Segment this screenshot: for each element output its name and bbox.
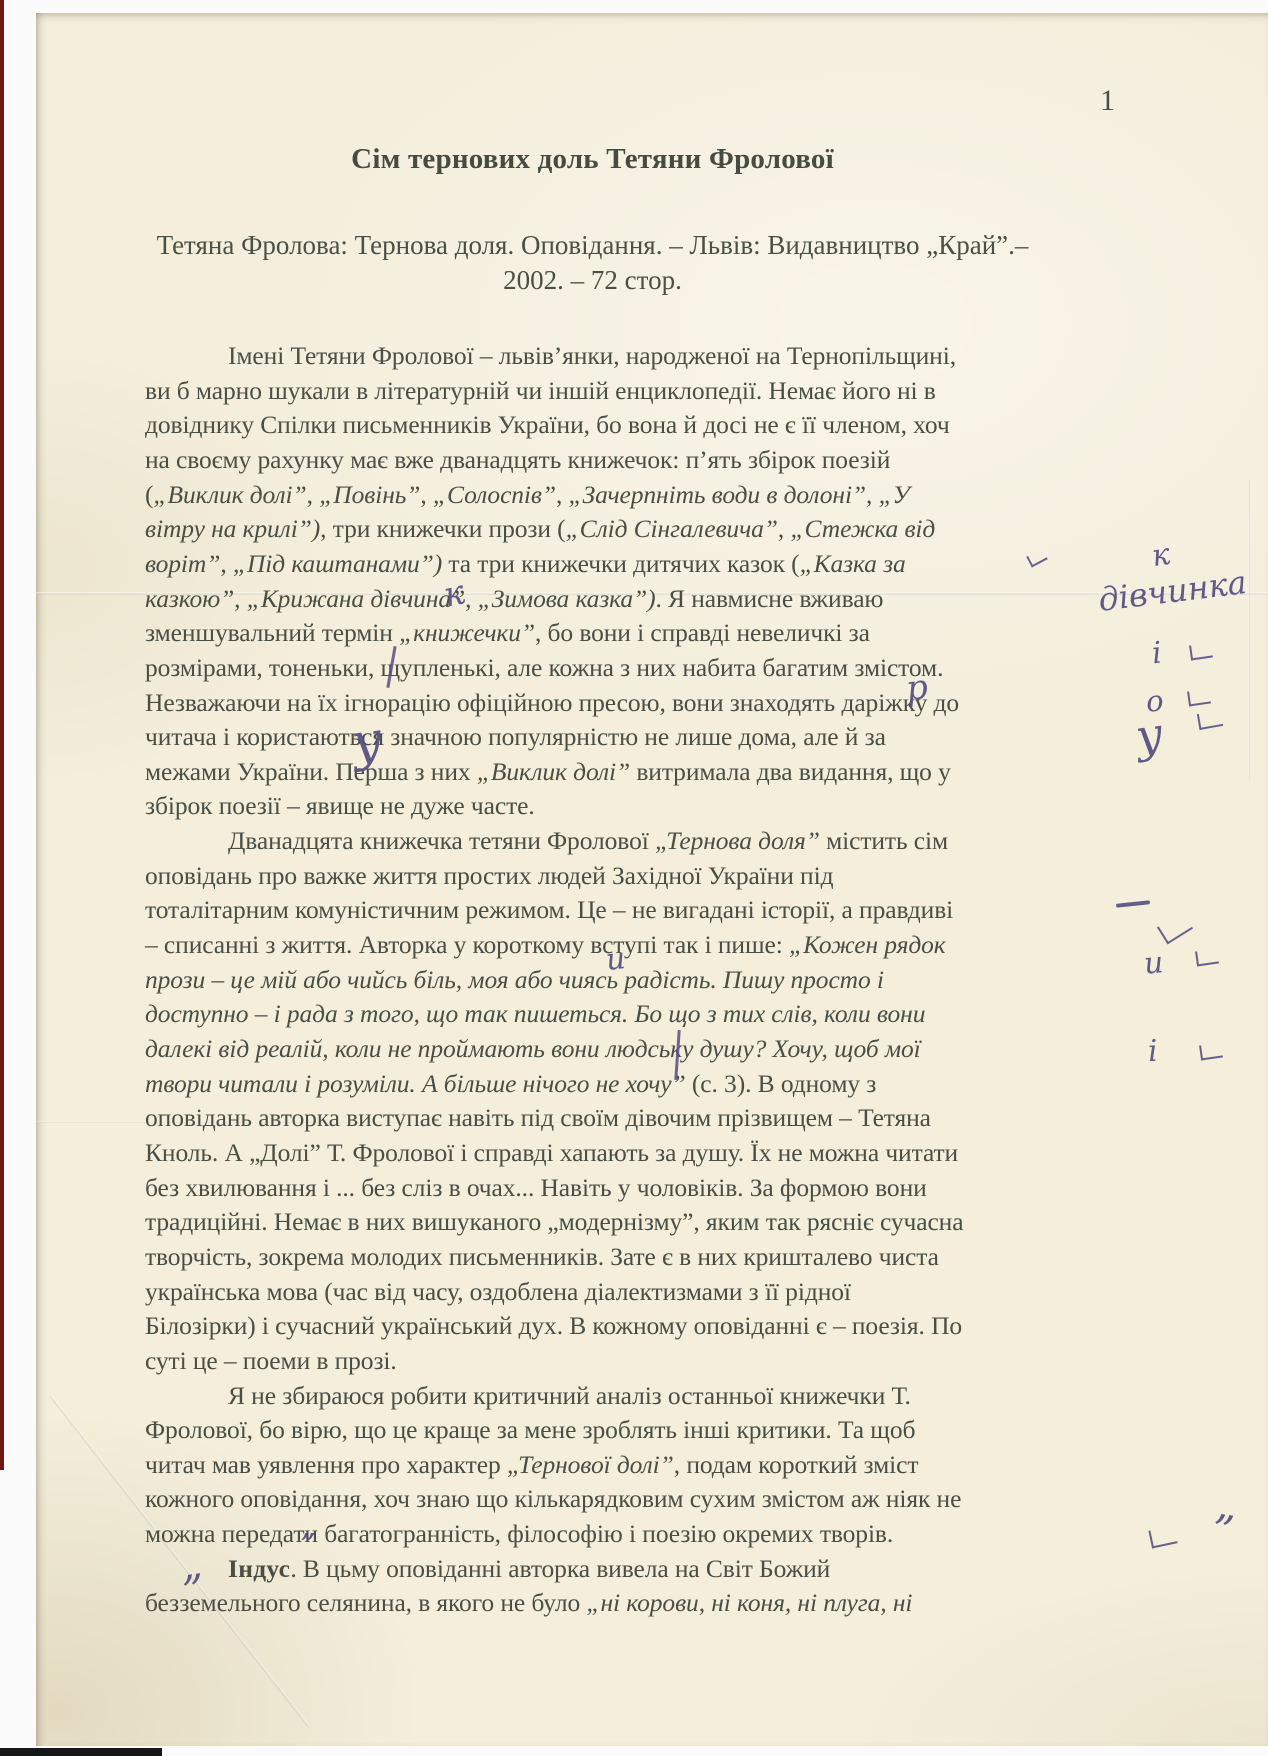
text-line: прози – це мій або чийсь біль, моя або ч… (145, 963, 884, 997)
text-segment: читача і користаються значною популярніс… (145, 722, 886, 751)
text-segment: „Виклик долі” (153, 480, 306, 509)
text-segment: межами України. Перша з них (145, 757, 477, 786)
text-segment: „Зачерпніть води в долоні” (569, 480, 866, 509)
text-segment: Кноль. А „Долі” Т. Фролової і справді ха… (145, 1138, 958, 1167)
text-line: творчість, зокрема молодих письменників.… (145, 1240, 939, 1274)
text-segment: українська мова (час від часу, оздоблена… (145, 1277, 851, 1306)
text-segment: „Під каштанами”) (233, 549, 442, 578)
text-segment: доступно – і рада з того, що так пишетьс… (145, 999, 925, 1028)
text-line: збірок поезії – явище не дуже часте. (145, 789, 535, 823)
text-segment: витримала два видання, що у (630, 757, 951, 786)
text-segment: Імені Тетяни Фролової – львів’янки, наро… (228, 341, 956, 370)
text-segment: , (556, 480, 569, 509)
citation-line-2: 2002. – 72 стор. (120, 265, 1065, 296)
text-line: Я не збираюся робити критичний аналіз ос… (228, 1379, 911, 1413)
text-segment: , бо вони і справді невеличкі за (535, 618, 870, 647)
text-segment: розмірами, тоненьки, щупленькі, але кожн… (145, 653, 943, 682)
text-segment: „книжечки” (399, 618, 535, 647)
text-segment: . Я навмисне вживаю (655, 584, 883, 613)
text-segment: , три книжечки прози ( (320, 514, 565, 543)
text-line: твори читали і розуміли. А більше нічого… (145, 1067, 876, 1101)
text-line: ви б марно шукали в літературній чи інші… (145, 374, 936, 408)
text-line: казкою”, „Крижана дівчина”, „Зимова казк… (145, 582, 883, 616)
text-line: можна передати багатогранність, філософі… (145, 1517, 893, 1551)
text-line: Кноль. А „Долі” Т. Фролової і справді ха… (145, 1136, 958, 1170)
text-segment: „Слід Сінгалевича” (566, 514, 778, 543)
text-line: („Виклик долі”, „Повінь”, „Солоспів”, „З… (145, 478, 910, 512)
text-segment: , (866, 480, 879, 509)
text-line: на своєму рахунку має вже дванадцять кни… (145, 443, 890, 477)
text-segment: збірок поезії – явище не дуже часте. (145, 791, 535, 820)
text-line: оповідань авторка виступає навіть під св… (145, 1101, 931, 1135)
text-segment: „Казка за (800, 549, 906, 578)
text-segment: „Тернова доля” (655, 826, 820, 855)
text-segment: , (420, 480, 433, 509)
text-line: суті це – поеми в прозі. (145, 1344, 397, 1378)
text-segment: на своєму рахунку має вже дванадцять кни… (145, 445, 890, 474)
text-segment: Дванадцята книжечка тетяни Фролової (228, 826, 655, 855)
text-line: Імені Тетяни Фролової – львів’янки, наро… (228, 339, 956, 373)
text-line: оповідань про важке життя простих людей … (145, 859, 833, 893)
text-segment: казкою” (145, 584, 234, 613)
text-segment: „Зимова казка”) (478, 584, 656, 613)
text-segment: , (465, 584, 478, 613)
text-line: кожного оповідання, хоч знаю що кількаря… (145, 1482, 961, 1516)
scan-left-edge-strip (0, 0, 4, 1470)
scanned-document-page: 1 Сім тернових доль Тетяни Фролової Тетя… (0, 0, 1268, 1756)
text-line: зменшувальний термін „книжечки”, бо вони… (145, 616, 870, 650)
text-segment: традиційні. Немає в них вишуканого „моде… (145, 1207, 963, 1236)
text-segment: , (778, 514, 791, 543)
text-segment: тоталітарним комуністичним режимом. Це –… (145, 895, 953, 924)
text-segment: , (220, 549, 233, 578)
text-segment: оповідань авторка виступає навіть під св… (145, 1103, 931, 1132)
text-line: Білозірки) і сучасний український дух. В… (145, 1309, 962, 1343)
text-segment: творчість, зокрема молодих письменників.… (145, 1242, 939, 1271)
document-title: Сім тернових доль Тетяни Фролової (145, 143, 1040, 176)
text-line: далекі від реалій, коли не проймають вон… (145, 1032, 921, 1066)
text-segment: „Стежка від (790, 514, 935, 543)
text-segment: Індус (228, 1554, 290, 1583)
text-line: українська мова (час від часу, оздоблена… (145, 1275, 851, 1309)
text-segment: воріт” (145, 549, 220, 578)
text-segment: твори читали і розуміли. А більше нічого… (145, 1069, 686, 1098)
text-segment: зменшувальний термін (145, 618, 399, 647)
text-segment: кожного оповідання, хоч знаю що кількаря… (145, 1484, 961, 1513)
text-line: Незважаючи на їх ігнорацію офіційною пре… (145, 686, 959, 720)
text-segment: , (307, 480, 320, 509)
text-segment: далекі від реалій, коли не проймають вон… (145, 1034, 921, 1063)
text-segment: безземельного селянина, в якого не було (145, 1588, 586, 1617)
text-line: читач мав уявлення про характер „Терново… (145, 1448, 918, 1482)
text-segment: „У (879, 480, 910, 509)
text-line: Індус. В цьму оповіданні авторка вивела … (228, 1552, 830, 1586)
text-line: воріт”, „Під каштанами”) та три книжечки… (145, 547, 906, 581)
text-segment: „Кожен рядок (789, 930, 946, 959)
text-segment: „Крижана дівчина” (247, 584, 465, 613)
text-line: традиційні. Немає в них вишуканого „моде… (145, 1205, 963, 1239)
text-line: Фролової, бо вірю, що це краще за мене з… (145, 1413, 915, 1447)
text-segment: довіднику Спілки письменників України, б… (145, 410, 950, 439)
text-segment: Білозірки) і сучасний український дух. В… (145, 1311, 962, 1340)
text-segment: без хвилювання і ... без сліз в очах... … (145, 1173, 927, 1202)
text-segment: містить сім (820, 826, 948, 855)
text-segment: Незважаючи на їх ігнорацію офіційною пре… (145, 688, 959, 717)
text-segment: оповідань про важке життя простих людей … (145, 861, 833, 890)
text-segment: (с. 3). В одному з (686, 1069, 877, 1098)
text-line: безземельного селянина, в якого не було … (145, 1586, 912, 1620)
text-line: доступно – і рада з того, що так пишетьс… (145, 997, 925, 1031)
text-segment: можна передати багатогранність, філософі… (145, 1519, 893, 1548)
text-segment: „Повінь” (319, 480, 420, 509)
text-segment: „Виклик долі” (477, 757, 630, 786)
text-segment: „Солоспів” (433, 480, 556, 509)
text-line: тоталітарним комуністичним режимом. Це –… (145, 893, 953, 927)
text-line: Дванадцята книжечка тетяни Фролової „Тер… (228, 824, 948, 858)
scan-bottom-edge-strip (0, 1748, 162, 1756)
page-number: 1 (1100, 84, 1115, 118)
text-segment: ви б марно шукали в літературній чи інші… (145, 376, 936, 405)
text-segment: Фролової, бо вірю, що це краще за мене з… (145, 1415, 915, 1444)
text-segment: , (234, 584, 247, 613)
text-segment: . В цьму оповіданні авторка вивела на Св… (290, 1554, 830, 1583)
text-line: межами України. Перша з них „Виклик долі… (145, 755, 951, 789)
text-segment: прози – це мій або чийсь біль, моя або ч… (145, 965, 884, 994)
text-line: читача і користаються значною популярніс… (145, 720, 886, 754)
text-line: – списанні з життя. Авторка у короткому … (145, 928, 946, 962)
text-segment: „Тернової долі” (507, 1450, 674, 1479)
text-segment: суті це – поеми в прозі. (145, 1346, 397, 1375)
text-line: розмірами, тоненьки, щупленькі, але кожн… (145, 651, 943, 685)
text-line: без хвилювання і ... без сліз в очах... … (145, 1171, 927, 1205)
citation-line-1: Тетяна Фролова: Тернова доля. Оповідання… (120, 230, 1065, 261)
text-line: вітру на крилі”), три книжечки прози („С… (145, 512, 935, 546)
text-segment: та три книжечки дитячих казок ( (442, 549, 799, 578)
text-segment: „ні корови, ні коня, ні плуга, ні (586, 1588, 912, 1617)
text-segment: читач мав уявлення про характер (145, 1450, 507, 1479)
text-segment: Я не збираюся робити критичний аналіз ос… (228, 1381, 911, 1410)
text-segment: вітру на крилі”) (145, 514, 320, 543)
text-segment: – списанні з життя. Авторка у короткому … (145, 930, 789, 959)
text-segment: , подам короткий зміст (674, 1450, 919, 1479)
text-line: довіднику Спілки письменників України, б… (145, 408, 950, 442)
